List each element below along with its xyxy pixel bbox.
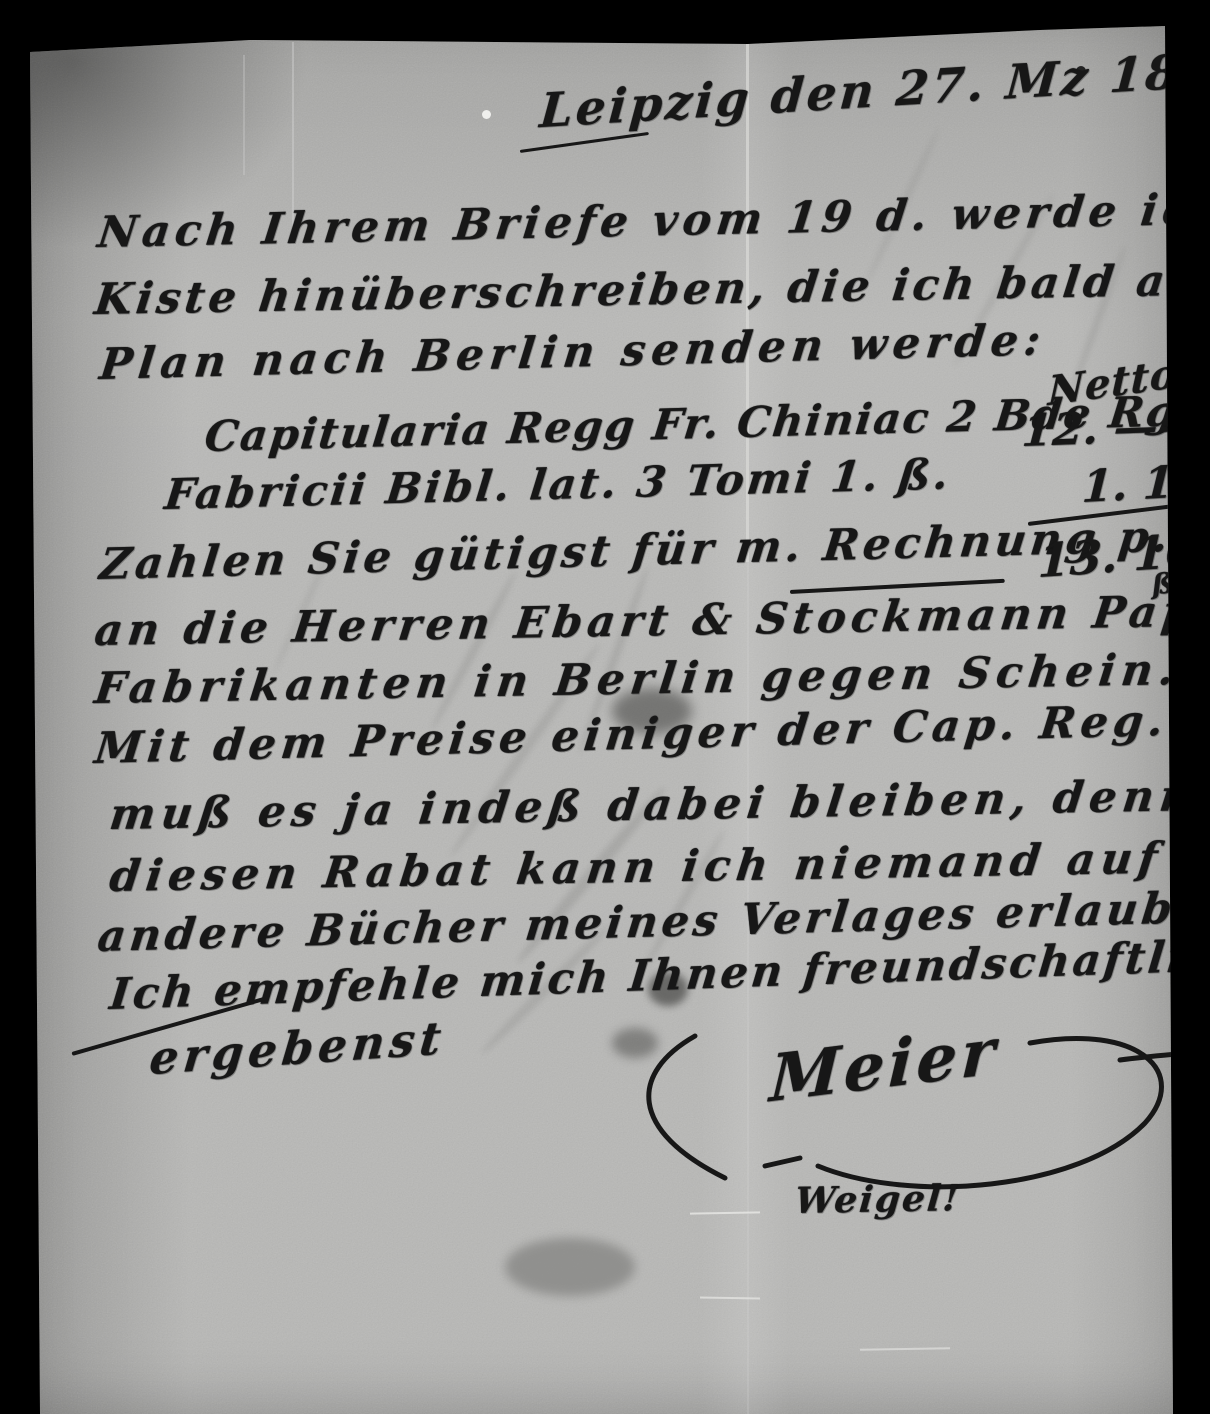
marginal-note: Weigel! [793,1177,962,1222]
signature: Meier [768,1013,1001,1117]
letter-line: Plan nach Berlin senden werde: [97,315,1049,390]
scratch-mark [700,1296,760,1299]
letter-line: Nach Ihrem Briefe vom 19 d. werde ich ei… [95,181,1210,258]
letter-line: Zahlen Sie gütigst für m. Rechnung p. [97,512,1174,590]
letter-line-item: Fabricii Bibl. lat. 3 Tomi 1. ß. [162,449,954,519]
amount-total: 13. 10 [1037,523,1199,588]
letter-line: an die Herren Ebart & Stockmann Papier- [92,585,1210,656]
letter-scan: Leipzig den 27. Mz 1814 Nach Ihrem Brief… [0,0,1210,1414]
paper-sheet: Leipzig den 27. Mz 1814 Nach Ihrem Brief… [0,0,1210,1414]
scratch-mark [860,1347,950,1351]
dirt-smudge [505,1238,635,1296]
amount-item-1: 12. ——— [1020,398,1210,457]
letter-line: Kiste hinüberschreiben, die ich bald an … [92,253,1210,325]
place-date-line: Leipzig den 27. Mz 1814 [538,40,1210,139]
white-speck [482,110,491,119]
amount-item-2: 1. 10 [1081,455,1206,513]
closing-word: ergebenst [147,1011,448,1085]
scratch-mark [690,1211,760,1214]
amount-total-suffix: ß [1151,567,1175,601]
fold-crease [243,55,245,175]
letter-line: muß es ja indeß dabei bleiben, denn [107,771,1200,840]
ink-smudge [612,1028,658,1058]
